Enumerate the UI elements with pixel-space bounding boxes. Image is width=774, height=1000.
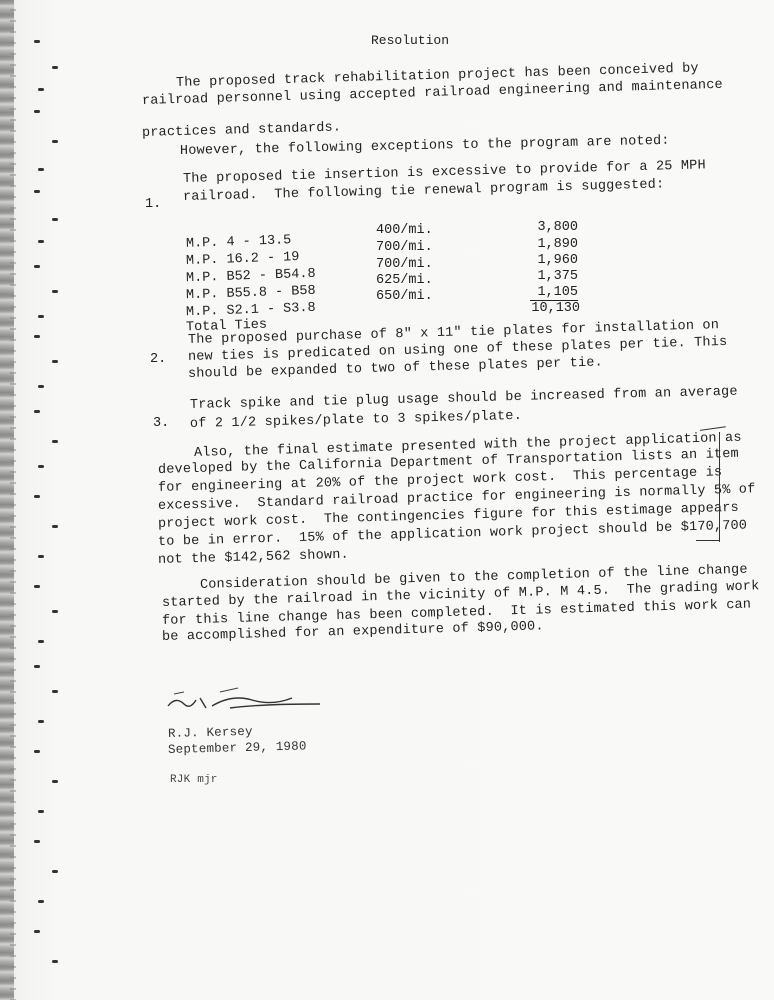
- binder-mark: [34, 665, 40, 668]
- binder-mark: [34, 40, 40, 43]
- binder-holes: [0, 0, 80, 1000]
- document-page: Resolution The proposed track rehabilita…: [0, 0, 774, 1000]
- signature-date: September 29, 1980: [168, 739, 307, 757]
- binder-mark: [52, 780, 58, 783]
- binder-mark: [52, 525, 58, 528]
- tie-segment: M.P. B55.8 - B58: [186, 284, 316, 304]
- tie-rate: 650/mi.: [376, 289, 433, 304]
- item-line: Track spike and tie plug usage should be…: [190, 385, 738, 413]
- item-number: 3.: [153, 416, 169, 431]
- binder-mark: [52, 360, 58, 363]
- binder-mark: [34, 750, 40, 753]
- binder-mark: [52, 870, 58, 873]
- tie-segment: M.P. 16.2 - 19: [186, 250, 300, 269]
- tie-rate: 625/mi.: [376, 273, 433, 288]
- binder-mark: [52, 960, 58, 963]
- tie-count: 1,890: [530, 237, 578, 252]
- item-number: 1.: [145, 197, 161, 212]
- tie-count: 1,375: [530, 269, 578, 284]
- binder-mark: [52, 290, 58, 293]
- margin-bracket-line: [718, 432, 720, 542]
- signature-scribble: [160, 684, 330, 724]
- binder-mark: [52, 440, 58, 443]
- binder-mark: [34, 190, 40, 193]
- binder-mark: [38, 810, 44, 813]
- binder-mark: [38, 555, 44, 558]
- tie-count: 1,105: [530, 285, 578, 301]
- binder-mark: [34, 110, 40, 113]
- binder-mark: [38, 465, 44, 468]
- tie-count: 3,800: [530, 220, 578, 235]
- binder-mark: [38, 720, 44, 723]
- binder-mark: [38, 900, 44, 903]
- item-line: of 2 1/2 spikes/plate to 3 spikes/plate.: [190, 409, 522, 432]
- binder-mark: [52, 140, 58, 143]
- binder-mark: [34, 410, 40, 413]
- typist-initials: RJK mjr: [170, 774, 218, 786]
- binder-mark: [52, 690, 58, 693]
- tie-rate: 400/mi.: [376, 223, 433, 238]
- binder-mark: [38, 168, 44, 171]
- signatory-name: R.J. Kersey: [168, 725, 253, 741]
- binder-mark: [38, 315, 44, 318]
- binder-mark: [34, 840, 40, 843]
- binder-mark: [52, 66, 58, 69]
- binder-mark: [34, 930, 40, 933]
- tie-rate: 700/mi.: [376, 240, 433, 255]
- binder-mark: [38, 640, 44, 643]
- intro-line: practices and standards.: [142, 120, 342, 141]
- tie-segment: M.P. B52 - B54.8: [186, 267, 316, 287]
- binder-mark: [38, 385, 44, 388]
- binder-mark: [52, 218, 58, 221]
- binder-mark: [34, 335, 40, 338]
- binder-mark: [34, 585, 40, 588]
- tie-total: 10,130: [530, 301, 580, 316]
- tie-rate: 700/mi.: [376, 257, 433, 272]
- binder-mark: [34, 265, 40, 268]
- paragraph-line: not the $142,562 shown.: [158, 548, 349, 568]
- tie-segment: M.P. 4 - 13.5: [186, 233, 292, 252]
- item-number: 2.: [150, 352, 166, 367]
- binder-mark: [38, 88, 44, 91]
- margin-bracket-mark: [696, 540, 720, 542]
- document-title: Resolution: [371, 33, 449, 48]
- binder-mark: [52, 610, 58, 613]
- tie-count: 1,960: [530, 253, 578, 268]
- binder-mark: [34, 495, 40, 498]
- binder-mark: [38, 240, 44, 243]
